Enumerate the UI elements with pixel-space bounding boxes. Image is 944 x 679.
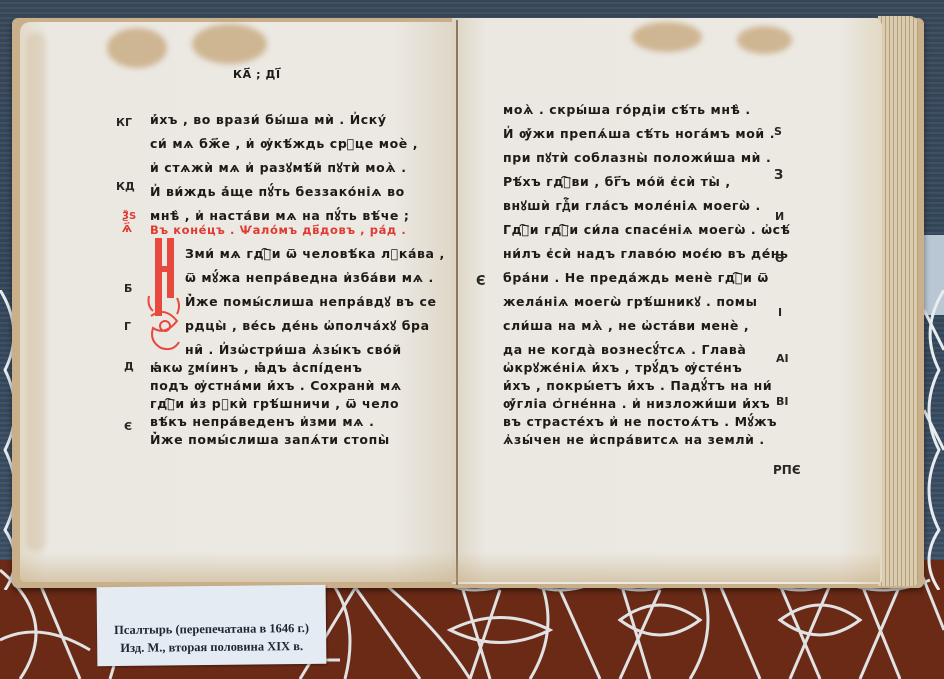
- text-line: ѹ҆́гліа ѻ҆гне́нна . и҆ низложи́ши и҆́хъ: [503, 394, 770, 414]
- verse-number: З: [774, 168, 783, 183]
- text-line: И҆̀же помы́слиша запѧ́ти стопы̀: [150, 430, 390, 450]
- verse-number: Д: [124, 360, 134, 373]
- text-line: рдцы̀ , ве́сь де́нь ѡ҆полча́хꙋ бра: [185, 316, 430, 336]
- text-line: ѿ мꙋ́жа непра́ведна и҆зба́ви мѧ .: [185, 268, 434, 288]
- verse-number: И: [775, 210, 784, 223]
- text-line: жела́ніѧ моегѡ̀ грѣ́шникꙋ . помы: [503, 292, 758, 312]
- water-stain: [737, 26, 792, 54]
- verse-number: ВІ: [776, 395, 788, 408]
- text-line: и҆́хъ , во врази́ бы́ша мѝ . И҆ску́: [150, 110, 387, 130]
- text-line: си́ мѧ бж҃е , и҆ ѹ҆кѣ́ждь срⷣце моѐ ,: [150, 134, 418, 154]
- verse-number-rubric: Ѯ҃Ѕ Ѧ҃: [122, 210, 134, 236]
- text-line: бра́ни . Не преда́ждь менѐ гдⷭ҇и ѿ: [503, 268, 769, 288]
- text-line: Гдⷭ҇и гдⷭ҇и си́ла спасе́ніѧ моегѡ̀ . ѡ҆с…: [503, 220, 790, 240]
- text-line: въ страсте́хъ и҆ не постоѧ́тъ . Мꙋ́жъ: [503, 412, 777, 432]
- text-line: И҆ ви́ждь а҆́ще пꙋ́ть беззако́ніѧ во: [150, 182, 405, 202]
- text-line: подъ ѹ҆стна́ми и҆́хъ . Сохранѝ мѧ: [150, 376, 402, 396]
- gutter-mark: Є: [476, 274, 486, 289]
- verse-number: Ѕ: [774, 125, 782, 138]
- text-line: и҆́хъ , покры́етъ и҆́хъ . Падꙋ́тъ на ни́: [503, 376, 772, 396]
- text-line: гдⷭ҇и и҆з рꙋкѝ грѣ́шничи , ѿ чело: [150, 394, 399, 414]
- bottom-stain: [20, 552, 880, 582]
- verse-number: КД: [116, 180, 135, 193]
- museum-label-card: Псалтырь (перепечатана в 1646 г.) Изд. М…: [97, 585, 327, 666]
- text-line: моѧ̀ . скры́ша го́рдіи сѣ́ть мнѣ̀ .: [503, 100, 751, 120]
- rubric-line: Въ коне́цъ . Ѱало́мъ дв҃довъ , ра́д .: [150, 220, 406, 240]
- illuminated-initial-letter: [147, 236, 183, 354]
- page-edges: [878, 16, 918, 586]
- verse-number: Є: [124, 420, 132, 433]
- text-line: Рѣ́хъ гдⷭ҇ви , бг҃ъ мо́й є҆сѝ ты̀ ,: [503, 172, 731, 192]
- verse-number: І: [778, 306, 782, 319]
- text-line: сли́ша на мѧ̀ , не ѡ҆ста́ви менѐ ,: [503, 316, 749, 336]
- text-line: ѡ҆крꙋже́ніѧ и҆́хъ , трꙋ́дъ ѹ҆сте́нъ: [503, 358, 742, 378]
- label-subtitle: Изд. М., вторая половина XIX в.: [97, 639, 326, 656]
- label-title: Псалтырь (перепечатана в 1646 г.): [97, 621, 326, 638]
- water-stain: [192, 24, 267, 64]
- verse-number: АІ: [776, 352, 789, 365]
- text-line: и҆ стѧжѝ мѧ и҆ разꙋмѣ́й пꙋтѝ моѧ̀ .: [150, 158, 407, 178]
- book-gutter: [456, 20, 458, 585]
- water-stain: [107, 28, 167, 68]
- text-line: ѧ҆зы́чен не и҆спра́витсѧ на землѝ .: [503, 430, 765, 450]
- text-line: ни́лъ є҆сѝ надъ главо́ю моє́ю въ де́нь: [503, 244, 789, 264]
- text-line: при пꙋтѝ соблазны̀ положи́ша мѝ .: [503, 148, 771, 168]
- verse-number: Б: [124, 282, 132, 295]
- text-line: внꙋшѝ гдⷭ҇и гла́съ моле́ніѧ моегѡ̀ .: [503, 196, 761, 216]
- text-line: И҆ ѹ҆́жи препѧ́ша сѣ́ть нога́мъ мои̑ .: [503, 124, 775, 144]
- verse-number: КГ: [116, 116, 132, 129]
- running-head: КА҃ ; ДІ҃: [233, 68, 281, 81]
- text-line: ни̑ . И҆зѡ҆стри́ша ѧ҆зы́къ сво́й: [185, 340, 402, 360]
- edge-stain: [26, 32, 46, 552]
- text-line: да не когда̀ вознесꙋ́тсѧ . Глава̀: [503, 340, 746, 360]
- text-line: И҆̀же помы́слиша непра́вдꙋ въ се: [185, 292, 437, 312]
- water-stain: [632, 22, 702, 52]
- text-line: Зми́ мѧ гдⷭ҇и ѿ человѣ́ка лꙋка́ва ,: [185, 244, 445, 264]
- verse-number: Г: [124, 320, 131, 333]
- text-line: вѣ́къ непра́веденъ и҆зми мѧ .: [150, 412, 374, 432]
- text-line: ꙗ҆́кѡ ꙁмі́инъ , ꙗ҆́дъ а҆спі́денъ: [150, 358, 363, 378]
- verse-number: Ѳ: [775, 252, 784, 265]
- folio-number: РПЄ: [773, 463, 801, 477]
